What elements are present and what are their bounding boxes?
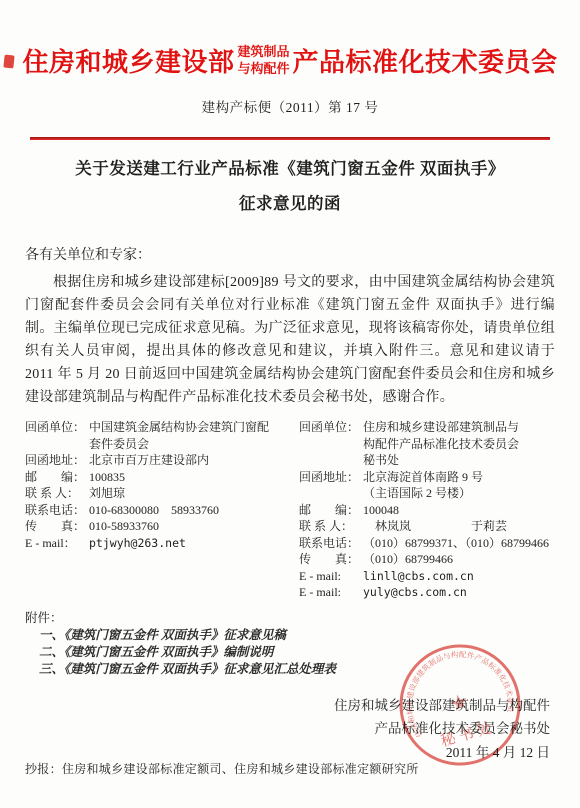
official-seal-stamp: 住房和城乡建设部建筑制品与构配件产品标准化技术委员会 ★ 秘书处 [385,630,535,780]
contact-email: linll@cbs.com.cn [363,568,558,585]
contact-email: yuly@cbs.com.cn [363,584,558,601]
contact-value: 中国建筑金属结构协会建筑门窗配 套件委员会 [89,419,287,452]
contact-label: E - mail: [299,584,363,601]
contact-label: 回函单位： [299,419,363,469]
org-name-stack: 建筑制品 与构配件 [237,44,289,77]
letter-title-line1: 关于发送建工行业产品标准《建筑门窗五金件 双面执手》 [0,155,580,179]
contact-label: 邮 编： [299,502,363,519]
contact-row: 回函地址：北京市百万庄建设部内 [25,452,287,469]
body-paragraph: 根据住房和城乡建设部建标[2009]89 号文的要求，由中国建筑金属结构协会建筑… [25,271,555,409]
org-name-left: 住房和城乡建设部 [22,42,234,79]
contact-value: 北京海淀首体南路 9 号 （主语国际 2 号楼） [363,469,558,502]
page: { "colors": { "header_red": "#e11212", "… [0,0,580,808]
contact-row: 回函单位：中国建筑金属结构协会建筑门窗配 套件委员会 [25,419,287,452]
contact-row: 传 真：010-58933760 [25,518,287,535]
contact-row: 联 系 人： 林岚岚 于莉芸 [299,518,558,535]
contact-row: 邮 编：100835 [25,469,287,486]
contact-row: 回函单位：住房和城乡建设部建筑制品与 构配件产品标准化技术委员会 秘书处 [299,419,558,469]
contact-label: E - mail: [299,568,363,585]
salutation: 各有关单位和专家： [25,244,555,264]
contact-value: 林岚岚 于莉芸 [363,518,558,535]
contact-label: 联系电话： [299,535,363,552]
contact-label: 回函单位： [25,419,89,452]
contact-col-right: 回函单位：住房和城乡建设部建筑制品与 构配件产品标准化技术委员会 秘书处 回函地… [299,419,558,601]
contact-label: 联 系 人： [299,518,363,535]
contact-row: 邮 编：100048 [299,502,558,519]
contact-label: 传 真： [299,551,363,568]
contact-value: 100048 [363,502,558,519]
contact-label: 传 真： [25,518,89,535]
scan-red-mark [3,55,14,69]
contact-row: 回函地址：北京海淀首体南路 9 号 （主语国际 2 号楼） [299,469,558,502]
org-name-right: 产品标准化技术委员会 [293,42,558,79]
contact-row: 联系电话：010-68300080 58933760 [25,502,287,519]
contact-row: E - mail:linll@cbs.com.cn [299,568,558,585]
contact-value: 刘旭琼 [89,485,287,502]
contact-value: 北京市百万庄建设部内 [89,452,287,469]
contact-label: 联 系 人： [25,485,89,502]
letter-title-line2: 征求意见的函 [0,190,580,214]
org-header: 住房和城乡建设部 建筑制品 与构配件 产品标准化技术委员会 [0,42,580,79]
contact-value: （010）68799466 [363,551,558,568]
contact-value: 010-58933760 [89,518,287,535]
contact-value: （010）68799371、（010）68799466 [363,535,558,552]
contact-email: ptjwyh@263.net [89,535,287,552]
contact-row: E - mail:yuly@cbs.com.cn [299,584,558,601]
contact-value: 住房和城乡建设部建筑制品与 构配件产品标准化技术委员会 秘书处 [363,419,558,469]
contact-row: 传 真：（010）68799466 [299,551,558,568]
stamp-center-text: 秘书处 [438,717,498,750]
contact-value: 010-68300080 58933760 [89,502,287,519]
stamp-star-icon: ★ [446,688,472,717]
org-stack-line1: 建筑制品 [237,44,289,60]
contact-row: 联 系 人：刘旭琼 [25,485,287,502]
contact-row: E - mail：ptjwyh@263.net [25,535,287,552]
contact-label: 邮 编： [25,469,89,486]
red-rule-divider [30,137,550,140]
attachments-label: 附件： [25,610,555,627]
copy-note: 抄报：住房和城乡建设部标准定额司、住房和城乡建设部标准定额研究所 [25,760,419,777]
contact-value: 100835 [89,469,287,486]
doc-number: 建构产标便（2011）第 17 号 [0,96,580,116]
contact-label: 回函地址： [299,469,363,502]
contact-col-left: 回函单位：中国建筑金属结构协会建筑门窗配 套件委员会 回函地址：北京市百万庄建设… [25,419,287,601]
contact-columns: 回函单位：中国建筑金属结构协会建筑门窗配 套件委员会 回函地址：北京市百万庄建设… [25,419,558,601]
contact-label: 回函地址： [25,452,89,469]
contact-label: 联系电话： [25,502,89,519]
contact-row: 联系电话：（010）68799371、（010）68799466 [299,535,558,552]
org-stack-line2: 与构配件 [237,61,289,77]
contact-label: E - mail： [25,535,89,552]
